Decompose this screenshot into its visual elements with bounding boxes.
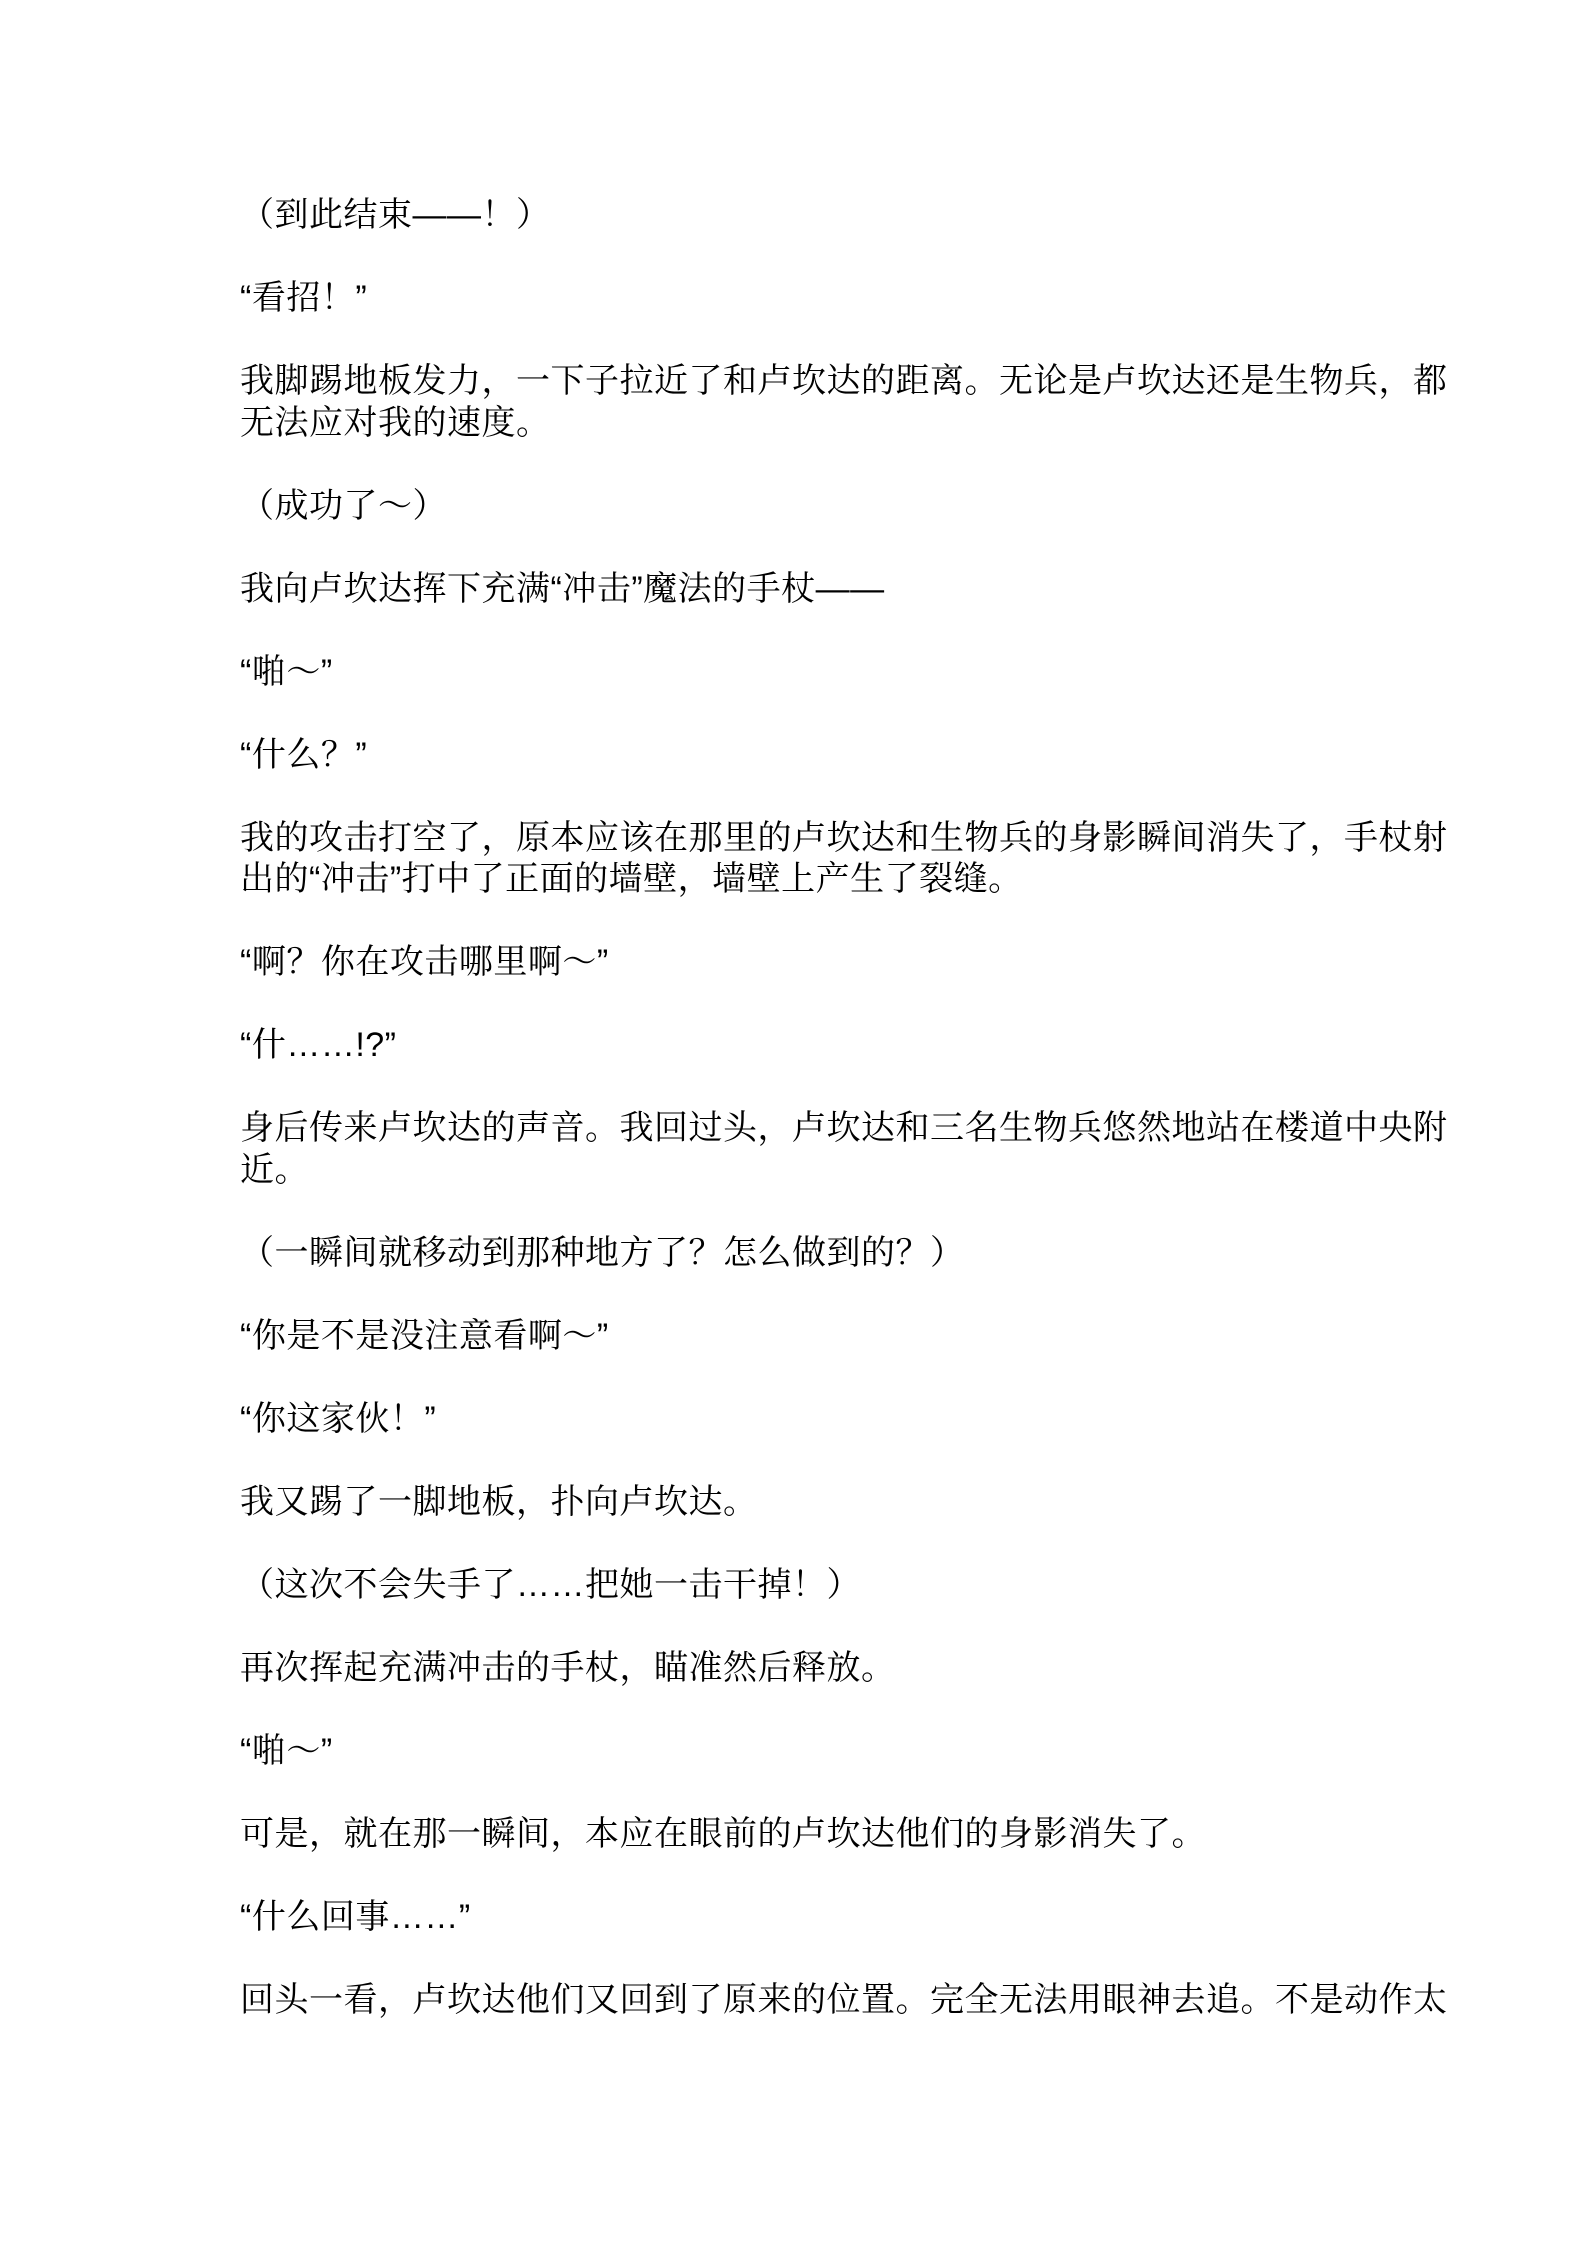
paragraph: “啪～” xyxy=(240,1731,1510,1773)
document-body: （到此结束——！）“看招！”我脚踢地板发力，一下子拉近了和卢坎达的距离。无论是卢… xyxy=(240,195,1510,2063)
paragraph: “看招！” xyxy=(240,278,1510,320)
paragraph: 我脚踢地板发力，一下子拉近了和卢坎达的距离。无论是卢坎达还是生物兵，都无法应对我… xyxy=(240,361,1510,444)
paragraph: （这次不会失手了……把她一击干掉！） xyxy=(240,1565,1510,1607)
text-line: 我脚踢地板发力，一下子拉近了和卢坎达的距离。无论是卢坎达还是生物兵，都 xyxy=(240,361,1510,403)
paragraph: “什么？” xyxy=(240,735,1510,777)
paragraph: 回头一看，卢坎达他们又回到了原来的位置。完全无法用眼神去追。不是动作太 xyxy=(240,1980,1510,2022)
text-line: （到此结束——！） xyxy=(240,195,1510,237)
text-line: “你这家伙！” xyxy=(240,1399,1510,1441)
paragraph: （成功了～） xyxy=(240,486,1510,528)
text-line: “什么？” xyxy=(240,735,1510,777)
text-line: “啪～” xyxy=(240,1731,1510,1773)
text-line: “看招！” xyxy=(240,278,1510,320)
paragraph: “啊？你在攻击哪里啊～” xyxy=(240,942,1510,984)
text-line: 我又踢了一脚地板，扑向卢坎达。 xyxy=(240,1482,1510,1524)
paragraph: “什么回事……” xyxy=(240,1897,1510,1939)
document-page: （到此结束——！）“看招！”我脚踢地板发力，一下子拉近了和卢坎达的距离。无论是卢… xyxy=(0,0,1587,2245)
text-line: 我的攻击打空了，原本应该在那里的卢坎达和生物兵的身影瞬间消失了，手杖射 xyxy=(240,818,1510,860)
text-line: 再次挥起充满冲击的手杖，瞄准然后释放。 xyxy=(240,1648,1510,1690)
text-line: 我向卢坎达挥下充满“冲击”魔法的手杖—— xyxy=(240,569,1510,611)
text-line: 无法应对我的速度。 xyxy=(240,403,1510,445)
text-line: 可是，就在那一瞬间，本应在眼前的卢坎达他们的身影消失了。 xyxy=(240,1814,1510,1856)
paragraph: “你这家伙！” xyxy=(240,1399,1510,1441)
text-line: “什么回事……” xyxy=(240,1897,1510,1939)
text-line: （成功了～） xyxy=(240,486,1510,528)
text-line: 出的“冲击”打中了正面的墙壁，墙壁上产生了裂缝。 xyxy=(240,859,1510,901)
paragraph: “啪～” xyxy=(240,652,1510,694)
paragraph: “你是不是没注意看啊～” xyxy=(240,1316,1510,1358)
paragraph: （一瞬间就移动到那种地方了？怎么做到的？） xyxy=(240,1233,1510,1275)
text-line: （这次不会失手了……把她一击干掉！） xyxy=(240,1565,1510,1607)
paragraph: 可是，就在那一瞬间，本应在眼前的卢坎达他们的身影消失了。 xyxy=(240,1814,1510,1856)
text-line: “啪～” xyxy=(240,652,1510,694)
text-line: 回头一看，卢坎达他们又回到了原来的位置。完全无法用眼神去追。不是动作太 xyxy=(240,1980,1510,2022)
text-line: 近。 xyxy=(240,1150,1510,1192)
paragraph: 我又踢了一脚地板，扑向卢坎达。 xyxy=(240,1482,1510,1524)
text-line: 身后传来卢坎达的声音。我回过头，卢坎达和三名生物兵悠然地站在楼道中央附 xyxy=(240,1108,1510,1150)
paragraph: （到此结束——！） xyxy=(240,195,1510,237)
paragraph: 我向卢坎达挥下充满“冲击”魔法的手杖—— xyxy=(240,569,1510,611)
text-line: （一瞬间就移动到那种地方了？怎么做到的？） xyxy=(240,1233,1510,1275)
paragraph: 我的攻击打空了，原本应该在那里的卢坎达和生物兵的身影瞬间消失了，手杖射出的“冲击… xyxy=(240,818,1510,901)
paragraph: “什……!?” xyxy=(240,1025,1510,1067)
text-line: “啊？你在攻击哪里啊～” xyxy=(240,942,1510,984)
paragraph: 身后传来卢坎达的声音。我回过头，卢坎达和三名生物兵悠然地站在楼道中央附近。 xyxy=(240,1108,1510,1191)
text-line: “你是不是没注意看啊～” xyxy=(240,1316,1510,1358)
paragraph: 再次挥起充满冲击的手杖，瞄准然后释放。 xyxy=(240,1648,1510,1690)
text-line: “什……!?” xyxy=(240,1025,1510,1067)
